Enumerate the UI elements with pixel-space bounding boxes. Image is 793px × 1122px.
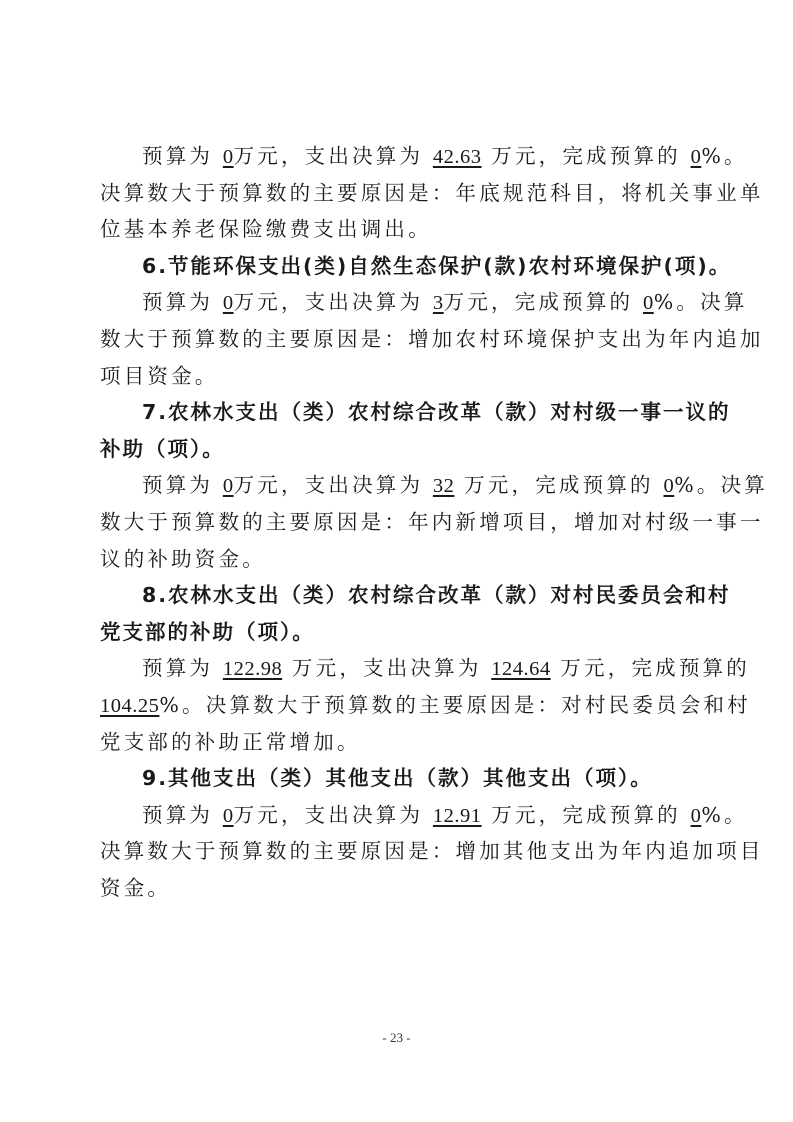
text-run: 万元，完成预算的	[482, 144, 691, 168]
section-heading: 9.其他支出（类）其他支出（款）其他支出（项）。	[100, 760, 694, 797]
text-run: 万元，支出决算为	[234, 290, 433, 314]
amount-value: 0	[691, 146, 702, 168]
text-run: 议的补助资金。	[100, 547, 266, 571]
amount-value: 0	[223, 146, 234, 168]
text-run: 万元，完成预算的	[482, 803, 691, 827]
text-run: 预算为	[142, 144, 223, 168]
amount-value: 32	[433, 475, 455, 497]
text-line: 决算数大于预算数的主要原因是：增加其他支出为年内追加项目	[100, 833, 694, 870]
text-line: 预算为 0万元，支出决算为 12.91 万元，完成预算的 0%。	[100, 797, 694, 834]
text-run: %。决算	[674, 473, 768, 497]
text-line: 补助（项）。	[100, 431, 694, 468]
amount-value: 0	[223, 292, 234, 314]
text-run: %。	[701, 144, 747, 168]
text-line: 预算为 0万元，支出决算为 42.63 万元，完成预算的 0%。	[100, 138, 694, 175]
amount-value: 0	[663, 475, 674, 497]
amount-value: 12.91	[433, 805, 482, 827]
paragraph: 预算为 0万元，支出决算为 42.63 万元，完成预算的 0%。决算数大于预算数…	[100, 138, 694, 248]
text-run: 党支部的补助正常增加。	[100, 730, 361, 754]
text-line: 6.节能环保支出(类)自然生态保护(款)农村环境保护(项)。	[100, 248, 694, 285]
paragraph: 预算为 0万元，支出决算为 12.91 万元，完成预算的 0%。决算数大于预算数…	[100, 797, 694, 907]
amount-value: 3	[433, 292, 444, 314]
amount-value: 122.98	[223, 658, 282, 680]
section-heading: 8.农林水支出（类）农村综合改革（款）对村民委员会和村党支部的补助（项）。	[100, 577, 694, 650]
text-line: 位基本养老保险缴费支出调出。	[100, 211, 694, 248]
paragraph: 预算为 122.98 万元，支出决算为 124.64 万元，完成预算的104.2…	[100, 650, 694, 760]
text-run: 7.农林水支出（类）农村综合改革（款）对村级一事一议的	[142, 400, 731, 424]
text-run: 预算为	[142, 473, 223, 497]
amount-value: 0	[643, 292, 654, 314]
text-line: 8.农林水支出（类）农村综合改革（款）对村民委员会和村	[100, 577, 694, 614]
text-line: 数大于预算数的主要原因是：增加农村环境保护支出为年内追加	[100, 321, 694, 358]
text-run: 决算数大于预算数的主要原因是：年底规范科目，将机关事业单	[100, 181, 764, 205]
amount-value: 104.25	[100, 695, 159, 717]
text-run: 预算为	[142, 656, 223, 680]
text-run: %。决算数大于预算数的主要原因是：对村民委员会和村	[159, 693, 750, 717]
amount-value: 0	[691, 805, 702, 827]
text-run: 万元，支出决算为	[282, 656, 491, 680]
section-heading: 6.节能环保支出(类)自然生态保护(款)农村环境保护(项)。	[100, 248, 694, 285]
text-line: 决算数大于预算数的主要原因是：年底规范科目，将机关事业单	[100, 175, 694, 212]
text-run: 预算为	[142, 803, 223, 827]
amount-value: 124.64	[491, 658, 550, 680]
paragraph: 预算为 0万元，支出决算为 3万元，完成预算的 0%。决算数大于预算数的主要原因…	[100, 284, 694, 394]
text-line: 预算为 122.98 万元，支出决算为 124.64 万元，完成预算的	[100, 650, 694, 687]
text-line: 7.农林水支出（类）农村综合改革（款）对村级一事一议的	[100, 394, 694, 431]
section-heading: 7.农林水支出（类）农村综合改革（款）对村级一事一议的补助（项）。	[100, 394, 694, 467]
text-line: 项目资金。	[100, 358, 694, 395]
text-line: 预算为 0万元，支出决算为 32 万元，完成预算的 0%。决算	[100, 467, 694, 504]
amount-value: 0	[223, 475, 234, 497]
paragraph: 预算为 0万元，支出决算为 32 万元，完成预算的 0%。决算数大于预算数的主要…	[100, 467, 694, 577]
text-run: 万元，完成预算的	[454, 473, 663, 497]
text-run: %。	[701, 803, 747, 827]
text-run: 9.其他支出（类）其他支出（款）其他支出（项）。	[142, 766, 653, 790]
text-line: 预算为 0万元，支出决算为 3万元，完成预算的 0%。决算	[100, 284, 694, 321]
text-run: 万元，支出决算为	[234, 803, 433, 827]
text-run: 数大于预算数的主要原因是：年内新增项目，增加对村级一事一	[100, 510, 764, 534]
text-run: 决算数大于预算数的主要原因是：增加其他支出为年内追加项目	[100, 839, 764, 863]
text-line: 议的补助资金。	[100, 541, 694, 578]
amount-value: 42.63	[433, 146, 482, 168]
text-line: 党支部的补助（项）。	[100, 614, 694, 651]
text-run: 党支部的补助（项）。	[100, 620, 315, 644]
text-run: 万元，支出决算为	[234, 473, 433, 497]
text-line: 9.其他支出（类）其他支出（款）其他支出（项）。	[100, 760, 694, 797]
text-run: 6.节能环保支出(类)自然生态保护(款)农村环境保护(项)。	[142, 254, 731, 278]
text-run: 项目资金。	[100, 364, 219, 388]
text-line: 资金。	[100, 870, 694, 907]
text-line: 党支部的补助正常增加。	[100, 724, 694, 761]
text-run: 万元，完成预算的	[444, 290, 643, 314]
text-run: 8.农林水支出（类）农村综合改革（款）对村民委员会和村	[142, 583, 731, 607]
text-run: 预算为	[142, 290, 223, 314]
document-body: 预算为 0万元，支出决算为 42.63 万元，完成预算的 0%。决算数大于预算数…	[100, 138, 694, 906]
page-number: - 23 -	[0, 1030, 793, 1046]
text-run: 数大于预算数的主要原因是：增加农村环境保护支出为年内追加	[100, 327, 764, 351]
text-run: 补助（项）。	[100, 437, 225, 461]
amount-value: 0	[223, 805, 234, 827]
text-run: 位基本养老保险缴费支出调出。	[100, 217, 432, 241]
text-run: %。决算	[654, 290, 748, 314]
text-run: 资金。	[100, 876, 171, 900]
text-run: 万元，支出决算为	[234, 144, 433, 168]
text-line: 数大于预算数的主要原因是：年内新增项目，增加对村级一事一	[100, 504, 694, 541]
text-run: 万元，完成预算的	[551, 656, 750, 680]
text-line: 104.25%。决算数大于预算数的主要原因是：对村民委员会和村	[100, 687, 694, 724]
